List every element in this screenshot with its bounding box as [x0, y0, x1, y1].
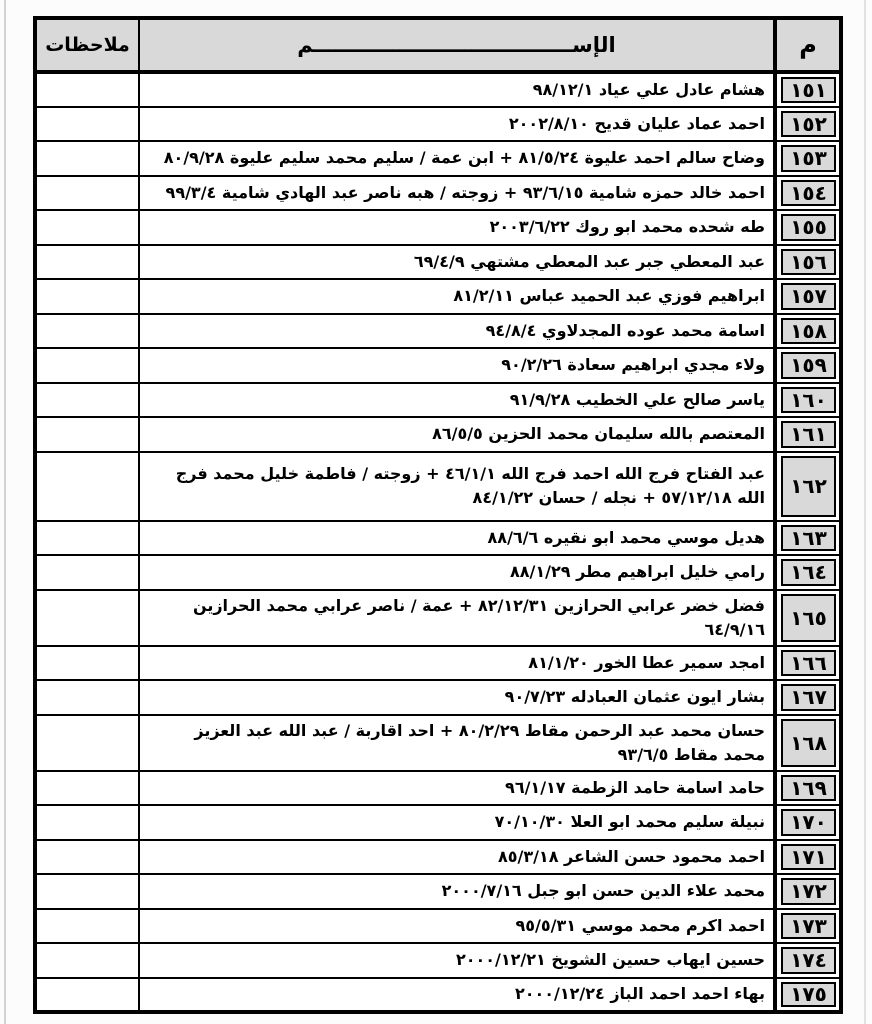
row-name-cell: نبيلة سليم محمد ابو العلا ٧٠/١٠/٣٠ — [139, 805, 775, 840]
table-row: ١٦٣هديل موسي محمد ابو نقيره ٨٨/٦/٦ — [35, 521, 841, 556]
row-notes-cell — [35, 176, 139, 211]
row-number-cell: ١٦٣ — [775, 521, 841, 556]
row-name-cell: هديل موسي محمد ابو نقيره ٨٨/٦/٦ — [139, 521, 775, 556]
row-number-value: ١٥١ — [781, 77, 836, 103]
row-number-cell: ١٧٣ — [775, 909, 841, 944]
row-name-cell: فضل خضر عرابي الحرازين ٨٢/١٢/٣١ + عمة / … — [139, 590, 775, 646]
row-number-value: ١٦٧ — [781, 684, 836, 711]
row-notes-cell — [35, 107, 139, 142]
row-name-cell: احمد اكرم محمد موسي ٩٥/٥/٣١ — [139, 909, 775, 944]
row-number-value: ١٥٦ — [781, 249, 836, 276]
row-name-cell: ابراهيم فوزي عبد الحميد عباس ٨١/٢/١١ — [139, 279, 775, 314]
row-number-value: ١٧٥ — [781, 982, 836, 1008]
table-row: ١٦٢عبد الفتاح فرج الله احمد فرج الله ٤٦/… — [35, 452, 841, 521]
row-number-cell: ١٦٧ — [775, 680, 841, 715]
row-notes-cell — [35, 348, 139, 383]
row-number-value: ١٧٣ — [781, 913, 836, 940]
table-row: ١٦٤رامي خليل ابراهيم مطر ٨٨/١/٢٩ — [35, 555, 841, 590]
row-name-cell: بشار ايون عثمان العبادله ٩٠/٧/٢٣ — [139, 680, 775, 715]
table-row: ١٥٦عبد المعطي جبر عبد المعطي مشتهي ٦٩/٤/… — [35, 245, 841, 280]
row-number-cell: ١٥٤ — [775, 176, 841, 211]
row-number-value: ١٦٢ — [781, 456, 836, 517]
header-row: م الإســــــــــــــــــــــــــــــــــ… — [35, 18, 841, 72]
row-notes-cell — [35, 715, 139, 771]
row-notes-cell — [35, 555, 139, 590]
row-number-value: ١٥٢ — [781, 111, 836, 138]
scanned-page: م الإســــــــــــــــــــــــــــــــــ… — [0, 0, 872, 1024]
row-notes-cell — [35, 680, 139, 715]
row-number-value: ١٦٣ — [781, 525, 836, 552]
row-number-value: ١٥٣ — [781, 145, 836, 172]
table-row: ١٦٥فضل خضر عرابي الحرازين ٨٢/١٢/٣١ + عمة… — [35, 590, 841, 646]
scan-edge-left — [4, 0, 6, 1024]
row-name-cell: طه شحده محمد ابو روك ٢٠٠٣/٦/٢٢ — [139, 210, 775, 245]
row-number-value: ١٥٨ — [781, 318, 836, 345]
row-number-cell: ١٦١ — [775, 417, 841, 452]
row-notes-cell — [35, 646, 139, 681]
row-name-cell: حسان محمد عبد الرحمن مقاط ٨٠/٢/٢٩ + احد … — [139, 715, 775, 771]
row-number-cell: ١٥٥ — [775, 210, 841, 245]
roster-table: م الإســــــــــــــــــــــــــــــــــ… — [33, 16, 843, 1014]
table-row: ١٦٩حامد اسامة حامد الزطمة ٩٦/١/١٧ — [35, 771, 841, 806]
row-notes-cell — [35, 521, 139, 556]
table-row: ١٥٥طه شحده محمد ابو روك ٢٠٠٣/٦/٢٢ — [35, 210, 841, 245]
row-number-cell: ١٦٠ — [775, 383, 841, 418]
row-number-cell: ١٦٨ — [775, 715, 841, 771]
table-row: ١٧٣احمد اكرم محمد موسي ٩٥/٥/٣١ — [35, 909, 841, 944]
table-row: ١٦١المعتصم بالله سليمان محمد الحزين ٨٦/٥… — [35, 417, 841, 452]
row-name-cell: وضاح سالم احمد عليوة ٨١/٥/٢٤ + ابن عمة /… — [139, 141, 775, 176]
row-number-cell: ١٧٢ — [775, 874, 841, 909]
row-name-cell: هشام عادل علي عياد ٩٨/١٢/١ — [139, 72, 775, 107]
row-number-value: ١٥٥ — [781, 214, 836, 241]
row-notes-cell — [35, 141, 139, 176]
row-number-value: ١٦٠ — [781, 387, 836, 414]
row-number-cell: ١٧٠ — [775, 805, 841, 840]
row-number-value: ١٦٤ — [781, 559, 836, 586]
row-name-cell: حامد اسامة حامد الزطمة ٩٦/١/١٧ — [139, 771, 775, 806]
row-number-value: ١٦٦ — [781, 650, 836, 677]
table-row: ١٥٩ولاء مجدي ابراهيم سعادة ٩٠/٢/٢٦ — [35, 348, 841, 383]
row-notes-cell — [35, 805, 139, 840]
row-name-cell: محمد علاء الدين حسن ابو جبل ٢٠٠٠/٧/١٦ — [139, 874, 775, 909]
row-name-cell: احمد خالد حمزه شامية ٩٣/٦/١٥ + زوجته / ه… — [139, 176, 775, 211]
row-number-value: ١٧٤ — [781, 947, 836, 974]
scan-edge-right — [864, 0, 866, 1024]
table-row: ١٥٨اسامة محمد عوده المجدلاوي ٩٤/٨/٤ — [35, 314, 841, 349]
row-number-cell: ١٥٦ — [775, 245, 841, 280]
table-row: ١٥٢احمد عماد عليان قديح ٢٠٠٢/٨/١٠ — [35, 107, 841, 142]
row-number-cell: ١٦٢ — [775, 452, 841, 521]
row-notes-cell — [35, 417, 139, 452]
row-notes-cell — [35, 72, 139, 107]
row-number-value: ١٥٤ — [781, 180, 836, 207]
row-number-cell: ١٥٢ — [775, 107, 841, 142]
row-notes-cell — [35, 943, 139, 978]
row-number-cell: ١٥٨ — [775, 314, 841, 349]
header-notes-column: ملاحظات — [35, 18, 139, 72]
row-number-cell: ١٧٥ — [775, 978, 841, 1013]
table-row: ١٦٨حسان محمد عبد الرحمن مقاط ٨٠/٢/٢٩ + ا… — [35, 715, 841, 771]
table-row: ١٧١احمد محمود حسن الشاعر ٨٥/٣/١٨ — [35, 840, 841, 875]
row-number-cell: ١٦٩ — [775, 771, 841, 806]
header-name-column: الإســــــــــــــــــــــــــــــــــــ… — [139, 18, 775, 72]
row-name-cell: بهاء احمد احمد الباز ٢٠٠٠/١٢/٢٤ — [139, 978, 775, 1013]
table-row: ١٥١هشام عادل علي عياد ٩٨/١٢/١ — [35, 72, 841, 107]
row-notes-cell — [35, 452, 139, 521]
row-number-value: ١٧٠ — [781, 809, 836, 836]
table-row: ١٧٠نبيلة سليم محمد ابو العلا ٧٠/١٠/٣٠ — [35, 805, 841, 840]
row-number-value: ١٦٨ — [781, 719, 836, 767]
row-number-cell: ١٥٩ — [775, 348, 841, 383]
row-number-cell: ١٥١ — [775, 72, 841, 107]
row-notes-cell — [35, 210, 139, 245]
row-number-value: ١٦٩ — [781, 775, 836, 802]
table-row: ١٦٠ياسر صالح علي الخطيب ٩١/٩/٢٨ — [35, 383, 841, 418]
row-number-value: ١٥٧ — [781, 283, 836, 310]
table-header: م الإســــــــــــــــــــــــــــــــــ… — [35, 18, 841, 72]
row-number-value: ١٦٥ — [781, 594, 836, 642]
row-name-cell: عبد المعطي جبر عبد المعطي مشتهي ٦٩/٤/٩ — [139, 245, 775, 280]
header-number-column: م — [775, 18, 841, 72]
table-row: ١٦٦امجد سمير عطا الخور ٨١/١/٢٠ — [35, 646, 841, 681]
row-notes-cell — [35, 383, 139, 418]
row-notes-cell — [35, 314, 139, 349]
row-name-cell: عبد الفتاح فرج الله احمد فرج الله ٤٦/١/١… — [139, 452, 775, 521]
row-number-cell: ١٧١ — [775, 840, 841, 875]
row-notes-cell — [35, 840, 139, 875]
row-name-cell: المعتصم بالله سليمان محمد الحزين ٨٦/٥/٥ — [139, 417, 775, 452]
table-row: ١٥٣وضاح سالم احمد عليوة ٨١/٥/٢٤ + ابن عم… — [35, 141, 841, 176]
row-notes-cell — [35, 978, 139, 1013]
row-name-cell: اسامة محمد عوده المجدلاوي ٩٤/٨/٤ — [139, 314, 775, 349]
row-name-cell: رامي خليل ابراهيم مطر ٨٨/١/٢٩ — [139, 555, 775, 590]
row-number-cell: ١٥٣ — [775, 141, 841, 176]
table-row: ١٧٤حسين ايهاب حسين الشويخ ٢٠٠٠/١٢/٢١ — [35, 943, 841, 978]
row-number-value: ١٧١ — [781, 844, 836, 871]
row-number-cell: ١٦٥ — [775, 590, 841, 646]
row-notes-cell — [35, 279, 139, 314]
row-notes-cell — [35, 771, 139, 806]
row-notes-cell — [35, 874, 139, 909]
row-notes-cell — [35, 590, 139, 646]
table-row: ١٥٤احمد خالد حمزه شامية ٩٣/٦/١٥ + زوجته … — [35, 176, 841, 211]
row-number-cell: ١٦٦ — [775, 646, 841, 681]
row-number-value: ١٧٢ — [781, 878, 836, 905]
table-row: ١٦٧بشار ايون عثمان العبادله ٩٠/٧/٢٣ — [35, 680, 841, 715]
table-body: ١٥١هشام عادل علي عياد ٩٨/١٢/١١٥٢احمد عما… — [35, 72, 841, 1012]
row-name-cell: احمد محمود حسن الشاعر ٨٥/٣/١٨ — [139, 840, 775, 875]
row-number-cell: ١٦٤ — [775, 555, 841, 590]
row-name-cell: حسين ايهاب حسين الشويخ ٢٠٠٠/١٢/٢١ — [139, 943, 775, 978]
row-number-cell: ١٧٤ — [775, 943, 841, 978]
row-name-cell: احمد عماد عليان قديح ٢٠٠٢/٨/١٠ — [139, 107, 775, 142]
row-name-cell: ياسر صالح علي الخطيب ٩١/٩/٢٨ — [139, 383, 775, 418]
row-name-cell: امجد سمير عطا الخور ٨١/١/٢٠ — [139, 646, 775, 681]
row-notes-cell — [35, 245, 139, 280]
row-number-value: ١٦١ — [781, 421, 836, 448]
row-name-cell: ولاء مجدي ابراهيم سعادة ٩٠/٢/٢٦ — [139, 348, 775, 383]
table-row: ١٧٢محمد علاء الدين حسن ابو جبل ٢٠٠٠/٧/١٦ — [35, 874, 841, 909]
row-number-value: ١٥٩ — [781, 352, 836, 379]
table-row: ١٧٥بهاء احمد احمد الباز ٢٠٠٠/١٢/٢٤ — [35, 978, 841, 1013]
row-notes-cell — [35, 909, 139, 944]
table-row: ١٥٧ابراهيم فوزي عبد الحميد عباس ٨١/٢/١١ — [35, 279, 841, 314]
row-number-cell: ١٥٧ — [775, 279, 841, 314]
